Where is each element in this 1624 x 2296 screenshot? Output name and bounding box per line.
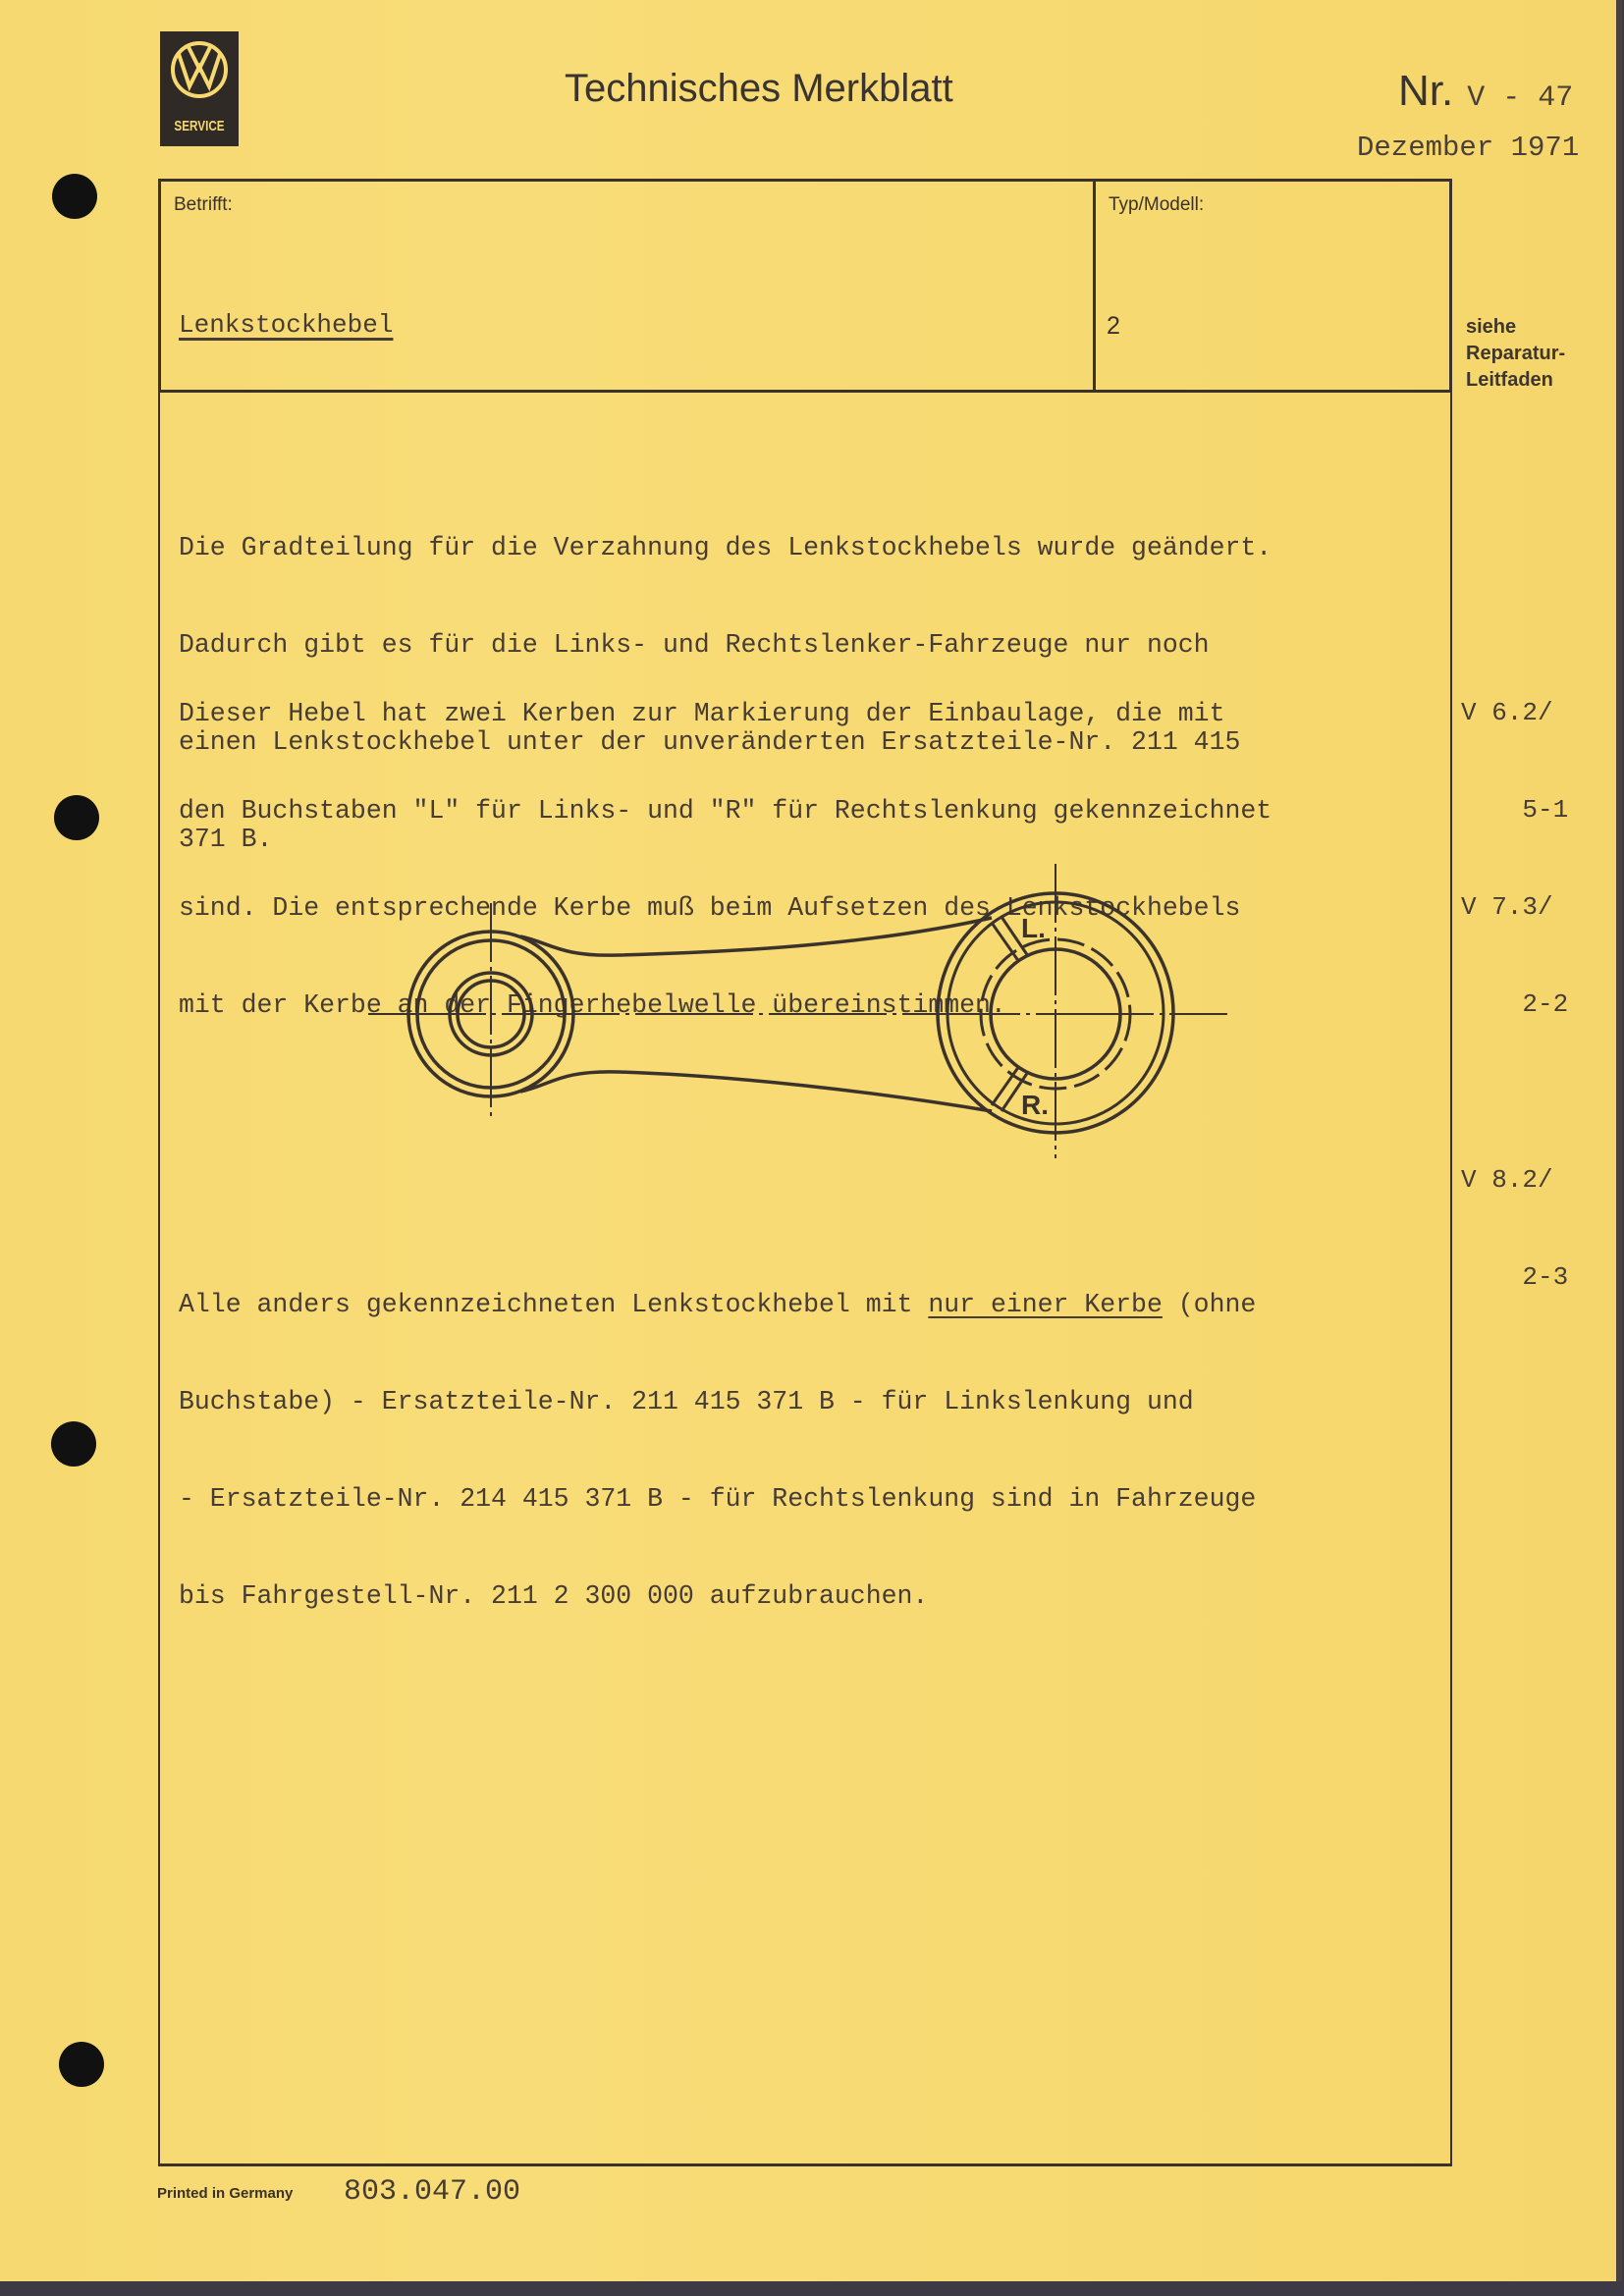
text-line: Alle anders gekennzeichneten Lenkstockhe… xyxy=(179,1289,1445,1321)
reference-line: 5-1 xyxy=(1461,794,1568,827)
page-title: Technisches Merkblatt xyxy=(565,67,953,111)
punch-hole xyxy=(54,795,99,840)
repair-guide-line: Leitfaden xyxy=(1466,367,1565,394)
text-line: Die Gradteilung für die Verzahnung des L… xyxy=(179,532,1445,564)
paragraph-3: Alle anders gekennzeichneten Lenkstockhe… xyxy=(179,1224,1445,1678)
number-value: V - 47 xyxy=(1467,81,1573,115)
reference-line: 2-3 xyxy=(1461,1261,1568,1294)
model-value: 2 xyxy=(1107,312,1120,341)
repair-guide-line: Reparatur- xyxy=(1466,341,1565,367)
model-label: Typ/Modell: xyxy=(1109,194,1204,216)
subject-label: Betrifft: xyxy=(174,194,233,216)
text-span: (ohne xyxy=(1163,1290,1256,1319)
punch-hole xyxy=(52,174,97,219)
text-line: Dieser Hebel hat zwei Kerben zur Markier… xyxy=(179,698,1445,730)
text-span: Alle anders gekennzeichneten Lenkstockhe… xyxy=(179,1290,928,1319)
repair-references: V 6.2/ 5-1 V 7.3/ 2-2 V 8.2/ 2-3 xyxy=(1461,632,1568,1359)
subject-value: Lenkstockhebel xyxy=(179,310,393,340)
document-date: Dezember 1971 xyxy=(1357,132,1579,164)
info-box-divider xyxy=(1093,179,1096,393)
repair-guide-line: siehe xyxy=(1466,314,1565,341)
document-number: Nr.V - 47 xyxy=(1398,67,1573,116)
punch-hole xyxy=(51,1421,96,1467)
page-edge xyxy=(1616,0,1622,2281)
text-line: den Buchstaben "L" für Links- und "R" fü… xyxy=(179,795,1445,828)
reference-line: 2-2 xyxy=(1461,988,1568,1021)
left-notch-label: L. xyxy=(1021,913,1046,943)
punch-hole xyxy=(59,2042,104,2087)
reference-line: V 6.2/ xyxy=(1461,697,1568,729)
repair-guide-note: siehe Reparatur- Leitfaden xyxy=(1466,314,1565,394)
number-label: Nr. xyxy=(1398,67,1453,115)
text-line: Buchstabe) - Ersatzteile-Nr. 211 415 371… xyxy=(179,1386,1445,1418)
logo-text: SERVICE xyxy=(169,118,230,134)
text-line: - Ersatzteile-Nr. 214 415 371 B - für Re… xyxy=(179,1483,1445,1516)
document-page: SERVICE Technisches Merkblatt Nr.V - 47 … xyxy=(0,0,1622,2281)
emphasis-underlined: nur einer Kerbe xyxy=(928,1290,1163,1319)
reference-line: V 8.2/ xyxy=(1461,1164,1568,1197)
info-box xyxy=(158,179,1452,393)
vw-emblem-icon xyxy=(169,39,230,100)
text-line: bis Fahrgestell-Nr. 211 2 300 000 aufzub… xyxy=(179,1580,1445,1613)
reference-line: V 7.3/ xyxy=(1461,891,1568,924)
printed-in-label: Printed in Germany xyxy=(157,2185,293,2202)
steering-arm-drawing: L. R. xyxy=(363,864,1247,1158)
footer-document-number: 803.047.00 xyxy=(344,2175,520,2209)
vw-service-logo: SERVICE xyxy=(160,31,239,146)
right-notch-label: R. xyxy=(1021,1090,1049,1120)
